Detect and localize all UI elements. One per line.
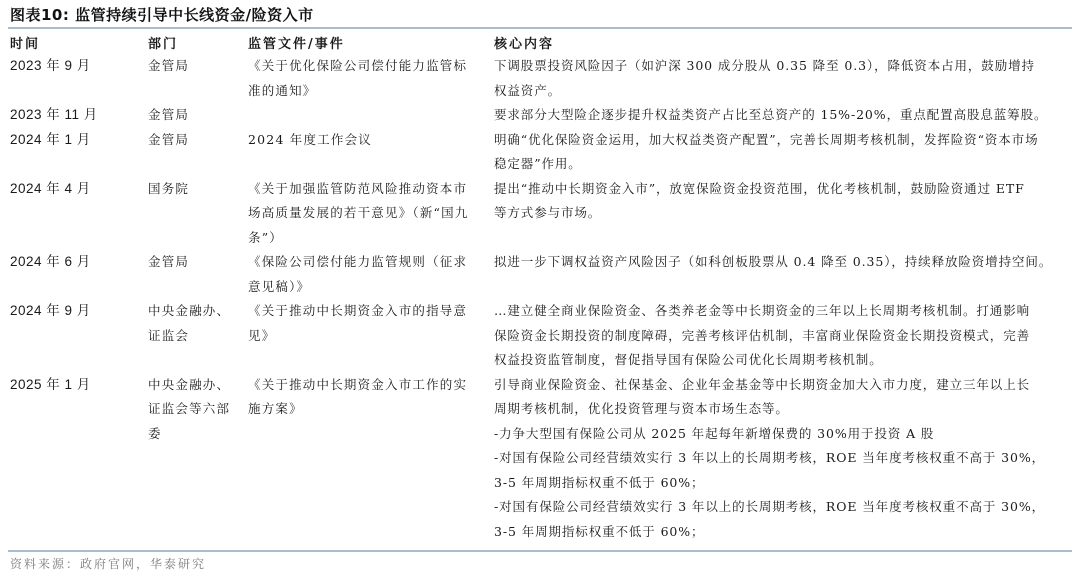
cell-document (248, 103, 494, 128)
doc-line (248, 103, 490, 128)
dept-line: 国务院 (148, 177, 244, 202)
doc-line: 《关于推动中长期资金入市工作的实 (248, 373, 490, 398)
dept-line: 证监会 (148, 324, 244, 349)
cell-content: 拟进一步下调权益资产风险因子（如科创板股票从 0.4 降至 0.35），持续释放… (494, 250, 1074, 299)
doc-line: 《关于优化保险公司偿付能力监管标 (248, 54, 490, 79)
content-line: 保险资金长期投资的制度障碍，完善考核评估机制，丰富商业保险资金长期投资模式，完善 (494, 324, 1070, 349)
header-time: 时间 (10, 30, 148, 54)
cell-content: 提出“推动中长期资金入市”，放宽保险资金投资范围，优化考核机制，鼓励险资通过 E… (494, 177, 1074, 251)
cell-content: …建立健全商业保险资金、各类养老金等中长期资金的三年以上长周期考核机制。打通影响… (494, 299, 1074, 373)
doc-line: 意见稿）》 (248, 275, 490, 300)
content-line: -力争大型国有保险公司从 2025 年起每年新增保费的 30%用于投资 A 股 (494, 422, 1070, 447)
cell-department: 中央金融办、 证监会等六部 委 (148, 373, 248, 545)
cell-content: 下调股票投资风险因子（如沪深 300 成分股从 0.35 降至 0.3），降低资… (494, 54, 1074, 103)
cell-document: 《保险公司偿付能力监管规则（征求 意见稿）》 (248, 250, 494, 299)
cell-department: 中央金融办、 证监会 (148, 299, 248, 373)
cell-department: 金管局 (148, 103, 248, 128)
table-row: 2024 年 1 月 金管局 2024 年度工作会议 明确“优化保险资金运用，加… (10, 128, 1074, 177)
doc-line: 见》 (248, 324, 490, 349)
header-department: 部门 (148, 30, 248, 54)
dept-line: 中央金融办、 (148, 373, 244, 398)
cell-time: 2023 年 11 月 (10, 103, 148, 128)
cell-content: 明确“优化保险资金运用，加大权益类资产配置”，完善长周期考核机制，发挥险资“资本… (494, 128, 1074, 177)
doc-line: 准的通知》 (248, 79, 490, 104)
content-line: 拟进一步下调权益资产风险因子（如科创板股票从 0.4 降至 0.35），持续释放… (494, 250, 1070, 275)
cell-time: 2024 年 6 月 (10, 250, 148, 299)
header-document: 监管文件/事件 (248, 30, 494, 54)
dept-line: 委 (148, 422, 244, 447)
table-header-row: 时间 部门 监管文件/事件 核心内容 (10, 30, 1074, 54)
content-line: 等方式参与市场。 (494, 201, 1070, 226)
content-line: …建立健全商业保险资金、各类养老金等中长期资金的三年以上长周期考核机制。打通影响 (494, 299, 1070, 324)
bottom-divider (8, 550, 1072, 552)
header-core-content: 核心内容 (494, 30, 1074, 54)
table-row: 2023 年 9 月 金管局 《关于优化保险公司偿付能力监管标 准的通知》 下调… (10, 54, 1074, 103)
content-line: 周期考核机制，优化投资管理与资本市场生态等。 (494, 397, 1070, 422)
cell-content: 要求部分大型险企逐步提升权益类资产占比至总资产的 15%-20%，重点配置高股息… (494, 103, 1074, 128)
cell-time: 2024 年 9 月 (10, 299, 148, 373)
dept-line: 金管局 (148, 54, 244, 79)
cell-time: 2024 年 4 月 (10, 177, 148, 251)
content-line: 引导商业保险资金、社保基金、企业年金基金等中长期资金加大入市力度，建立三年以上长 (494, 373, 1070, 398)
cell-time: 2023 年 9 月 (10, 54, 148, 103)
content-line: 3-5 年周期指标权重不低于 60%； (494, 471, 1070, 496)
dept-line: 金管局 (148, 250, 244, 275)
dept-line: 中央金融办、 (148, 299, 244, 324)
doc-line: 场高质量发展的若干意见》（新“国九 (248, 201, 490, 226)
content-line: 权益资产。 (494, 79, 1070, 104)
cell-time: 2024 年 1 月 (10, 128, 148, 177)
cell-department: 金管局 (148, 54, 248, 103)
table-row: 2024 年 9 月 中央金融办、 证监会 《关于推动中长期资金入市的指导意 见… (10, 299, 1074, 373)
dept-line: 金管局 (148, 128, 244, 153)
content-line: 提出“推动中长期资金入市”，放宽保险资金投资范围，优化考核机制，鼓励险资通过 E… (494, 177, 1070, 202)
dept-line: 金管局 (148, 103, 244, 128)
source-note: 资料来源：政府官网，华泰研究 (10, 555, 206, 572)
cell-document: 《关于优化保险公司偿付能力监管标 准的通知》 (248, 54, 494, 103)
dept-line: 证监会等六部 (148, 397, 244, 422)
content-line: 下调股票投资风险因子（如沪深 300 成分股从 0.35 降至 0.3），降低资… (494, 54, 1070, 79)
table-row: 2025 年 1 月 中央金融办、 证监会等六部 委 《关于推动中长期资金入市工… (10, 373, 1074, 545)
cell-content: 引导商业保险资金、社保基金、企业年金基金等中长期资金加大入市力度，建立三年以上长… (494, 373, 1074, 545)
top-divider (8, 27, 1072, 29)
content-line: -对国有保险公司经营绩效实行 3 年以上的长周期考核，ROE 当年度考核权重不高… (494, 446, 1070, 471)
content-line: 3-5 年周期指标权重不低于 60%； (494, 520, 1070, 545)
content-line: 要求部分大型险企逐步提升权益类资产占比至总资产的 15%-20%，重点配置高股息… (494, 103, 1070, 128)
figure-title: 图表10: 监管持续引导中长线资金/险资入市 (10, 4, 314, 25)
cell-department: 金管局 (148, 128, 248, 177)
table-body: 2023 年 9 月 金管局 《关于优化保险公司偿付能力监管标 准的通知》 下调… (10, 54, 1074, 544)
doc-line: 《关于推动中长期资金入市的指导意 (248, 299, 490, 324)
table-row: 2024 年 4 月 国务院 《关于加强监管防范风险推动资本市 场高质量发展的若… (10, 177, 1074, 251)
doc-line: 2024 年度工作会议 (248, 128, 490, 153)
regulation-table: 时间 部门 监管文件/事件 核心内容 2023 年 9 月 金管局 《关于优化保… (10, 30, 1074, 544)
doc-line: 条”） (248, 226, 490, 251)
content-line: 明确“优化保险资金运用，加大权益类资产配置”，完善长周期考核机制，发挥险资“资本… (494, 128, 1070, 153)
cell-document: 《关于推动中长期资金入市的指导意 见》 (248, 299, 494, 373)
cell-department: 金管局 (148, 250, 248, 299)
content-line: -对国有保险公司经营绩效实行 3 年以上的长周期考核，ROE 当年度考核权重不高… (494, 495, 1070, 520)
cell-document: 《关于推动中长期资金入市工作的实 施方案》 (248, 373, 494, 545)
cell-department: 国务院 (148, 177, 248, 251)
cell-document: 2024 年度工作会议 (248, 128, 494, 177)
doc-line: 施方案》 (248, 397, 490, 422)
cell-document: 《关于加强监管防范风险推动资本市 场高质量发展的若干意见》（新“国九 条”） (248, 177, 494, 251)
cell-time: 2025 年 1 月 (10, 373, 148, 545)
doc-line: 《关于加强监管防范风险推动资本市 (248, 177, 490, 202)
table-row: 2023 年 11 月 金管局 要求部分大型险企逐步提升权益类资产占比至总资产的… (10, 103, 1074, 128)
content-line: 稳定器”作用。 (494, 152, 1070, 177)
content-line: 权益投资监管制度，督促指导国有保险公司优化长周期考核机制。 (494, 348, 1070, 373)
table-row: 2024 年 6 月 金管局 《保险公司偿付能力监管规则（征求 意见稿）》 拟进… (10, 250, 1074, 299)
doc-line: 《保险公司偿付能力监管规则（征求 (248, 250, 490, 275)
